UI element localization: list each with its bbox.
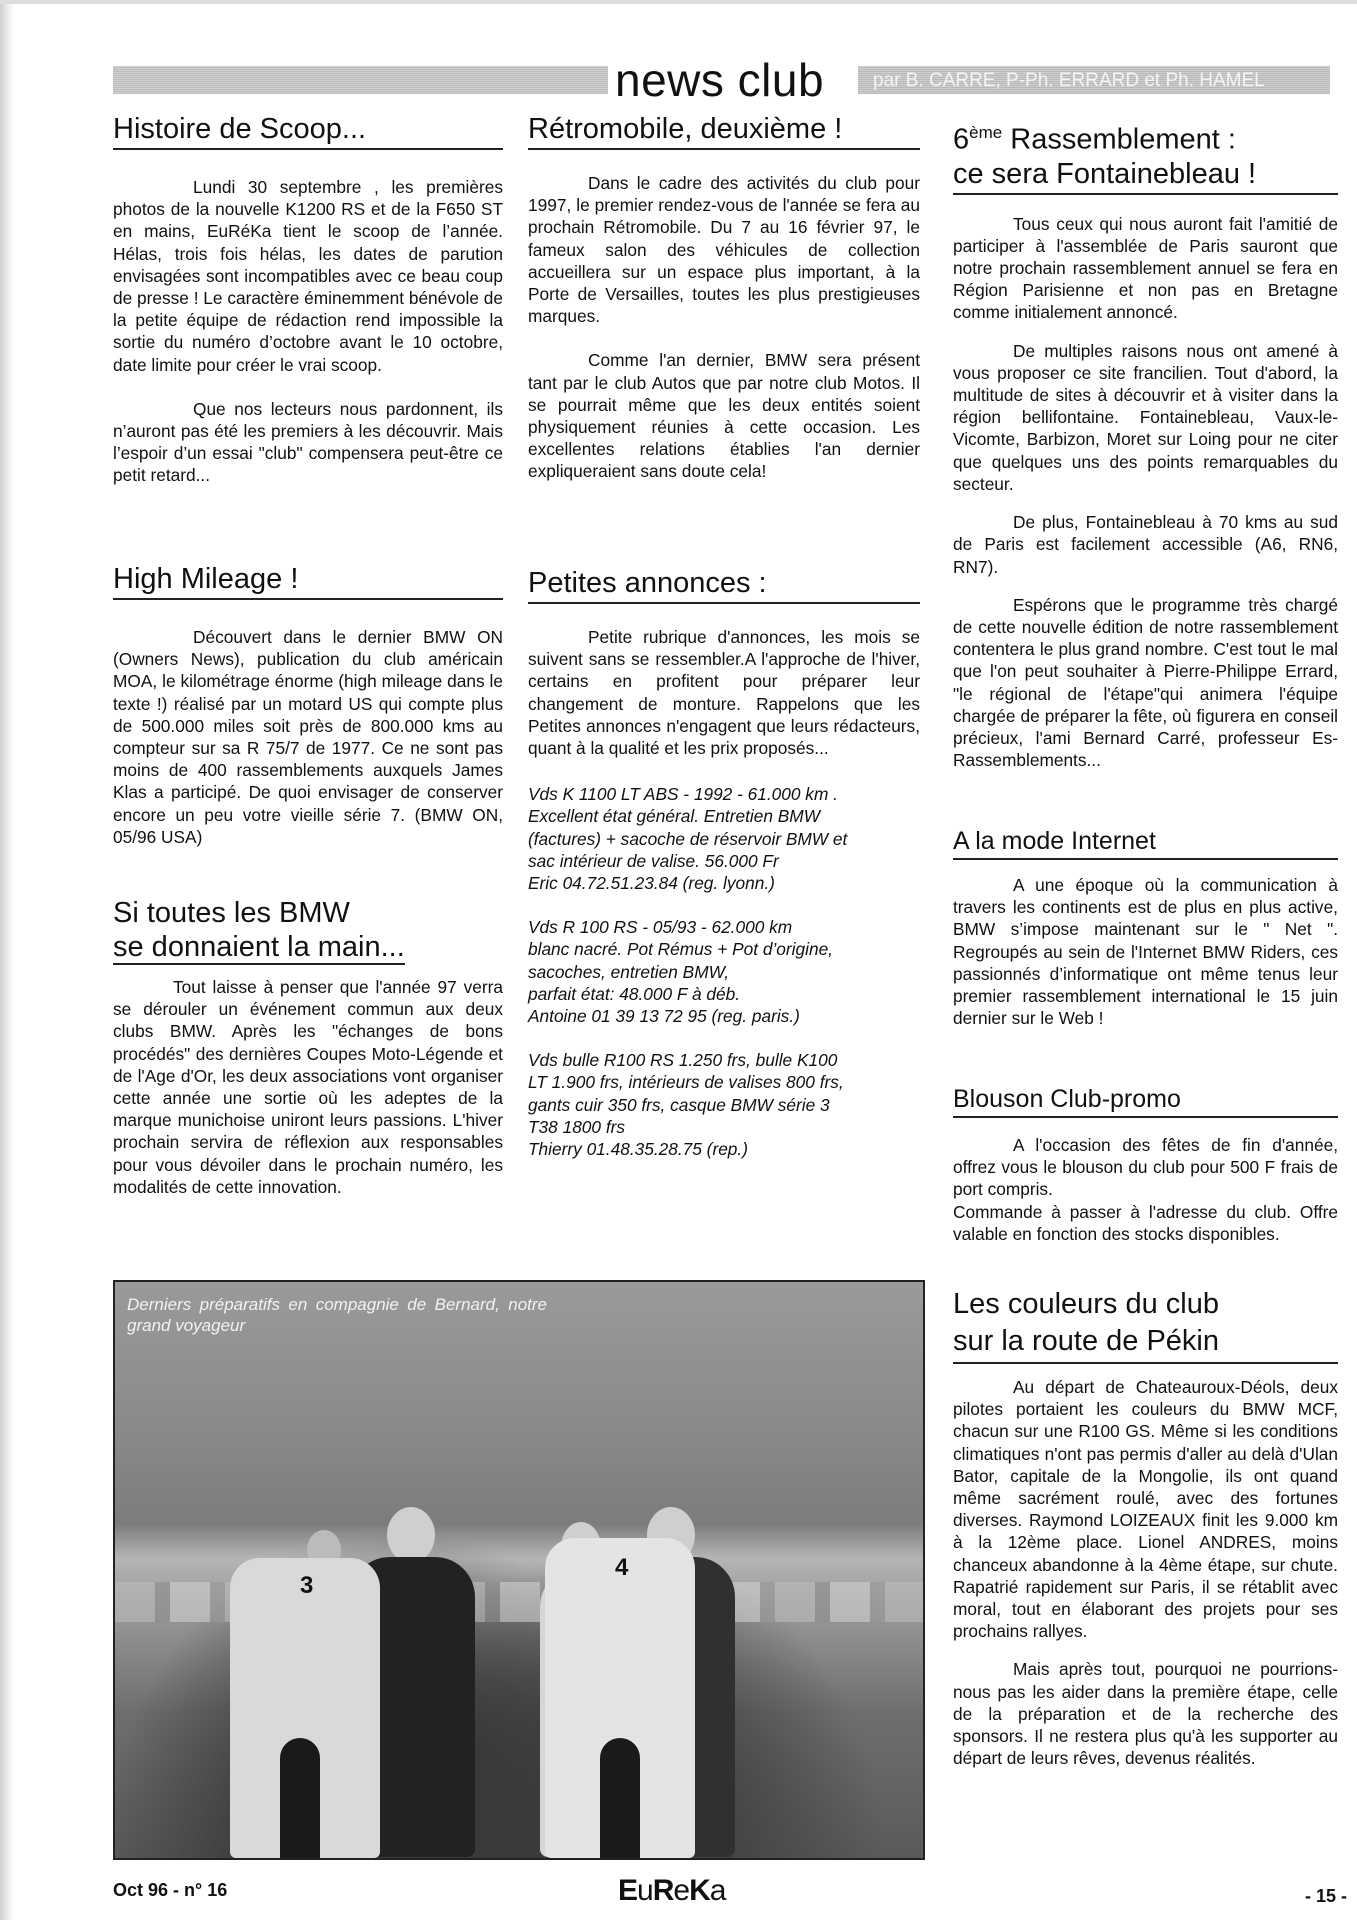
masthead: news club par B. CARRE, P-Ph. ERRARD et … — [113, 58, 1330, 106]
article-paragraph: Dans le cadre des activités du club pour… — [528, 172, 920, 327]
photo-riders: Derniers préparatifs en compagnie de Ber… — [113, 1280, 925, 1860]
title-line-1: Les couleurs du club — [953, 1288, 1219, 1320]
article-title-mileage: High Mileage ! — [113, 562, 503, 600]
article-paragraph: De plus, Fontainebleau à 70 kms au sud d… — [953, 511, 1338, 578]
article-title-blouson: Blouson Club-promo — [953, 1084, 1338, 1118]
wheel — [600, 1738, 640, 1858]
column-1-mileage: High Mileage ! Découvert dans le dernier… — [113, 562, 503, 848]
article-paragraph: Espérons que le programme très chargé de… — [953, 594, 1338, 772]
article-paragraph: Au départ de Chateauroux-Déols, deux pil… — [953, 1376, 1338, 1642]
eureka-logo: EuReKa — [618, 1874, 725, 1908]
race-number: 4 — [615, 1554, 628, 1582]
column-3: 6ème Rassemblement : ce sera Fontaineble… — [953, 116, 1338, 771]
classified-ad: Vds K 1100 LT ABS - 1992 - 61.000 km . E… — [528, 783, 920, 894]
article-paragraph: Petite rubrique d'annonces, les mois se … — [528, 626, 920, 759]
article-paragraph: Tout laisse à penser que l'année 97 verr… — [113, 976, 503, 1198]
article-paragraph: Que nos lecteurs nous pardonnent, ils n’… — [113, 398, 503, 487]
scan-top-edge — [0, 0, 1357, 4]
article-paragraph: Comme l'an dernier, BMW sera présent tan… — [528, 349, 920, 482]
column-2-annonces: Petites annonces : Petite rubrique d'ann… — [528, 566, 920, 1160]
column-3-internet: A la mode Internet A une époque où la co… — [953, 826, 1338, 1029]
article-paragraph: Tous ceux qui nous auront fait l'amitié … — [953, 213, 1338, 324]
article-paragraph: Lundi 30 septembre , les premières photo… — [113, 176, 503, 376]
issue-label: Oct 96 - n° 16 — [113, 1880, 227, 1901]
article-title-pekin: Les couleurs du club sur la route de Pék… — [953, 1286, 1338, 1364]
title-line-2: se donnaient la main... — [113, 931, 405, 965]
article-title-scoop: Histoire de Scoop... — [113, 112, 503, 150]
masthead-bar-left — [113, 66, 608, 94]
article-title-retromobile: Rétromobile, deuxième ! — [528, 112, 920, 150]
race-number: 3 — [300, 1572, 313, 1600]
title-superscript: ème — [969, 123, 1002, 142]
column-1: Histoire de Scoop... Lundi 30 septembre … — [113, 112, 503, 487]
article-paragraph: Découvert dans le dernier BMW ON (Owners… — [113, 626, 503, 848]
logo-letter: e — [673, 1874, 689, 1907]
title-line-2: ce sera Fontainebleau ! — [953, 158, 1256, 190]
scan-edge — [0, 0, 14, 1920]
logo-letter: a — [710, 1874, 726, 1907]
logo-letter: E — [618, 1874, 637, 1907]
authors-byline: par B. CARRE, P-Ph. ERRARD et Ph. HAMEL — [873, 70, 1265, 92]
column-3-blouson: Blouson Club-promo A l'occasion des fête… — [953, 1084, 1338, 1245]
photo-caption: Derniers préparatifs en compagnie de Ber… — [127, 1294, 547, 1336]
article-paragraph: A l'occasion des fêtes de fin d'année, o… — [953, 1134, 1338, 1201]
column-2: Rétromobile, deuxième ! Dans le cadre de… — [528, 112, 920, 483]
logo-letter: R — [653, 1874, 674, 1907]
article-paragraph: Commande à passer à l'adresse du club. O… — [953, 1201, 1338, 1245]
classified-ad: Vds R 100 RS - 05/93 - 62.000 km blanc n… — [528, 916, 920, 1027]
title-line-1: Rassemblement : — [1002, 124, 1236, 156]
article-paragraph: De multiples raisons nous ont amené à vo… — [953, 340, 1338, 495]
section-title: news club — [615, 52, 824, 108]
column-1-main: Si toutes les BMW se donnaient la main..… — [113, 896, 503, 1198]
article-title-annonces: Petites annonces : — [528, 566, 920, 604]
wheel — [280, 1738, 320, 1858]
title-number: 6 — [953, 124, 969, 156]
title-line-1: Si toutes les BMW — [113, 897, 350, 929]
article-title-bmw: Si toutes les BMW se donnaient la main..… — [113, 896, 503, 966]
person-head — [387, 1507, 435, 1563]
page-number: - 15 - — [1305, 1886, 1347, 1907]
article-title-internet: A la mode Internet — [953, 826, 1338, 860]
article-paragraph: A une époque où la communication à trave… — [953, 874, 1338, 1029]
article-title-rassemblement: 6ème Rassemblement : ce sera Fontaineble… — [953, 116, 1338, 195]
classified-ad: Vds bulle R100 RS 1.250 frs, bulle K100 … — [528, 1049, 920, 1160]
logo-letter: K — [689, 1874, 710, 1907]
column-3-pekin: Les couleurs du club sur la route de Pék… — [953, 1286, 1338, 1769]
title-line-2: sur la route de Pékin — [953, 1325, 1219, 1357]
logo-letter: u — [637, 1874, 653, 1907]
article-paragraph: Mais après tout, pourquoi ne pourrions-n… — [953, 1658, 1338, 1769]
